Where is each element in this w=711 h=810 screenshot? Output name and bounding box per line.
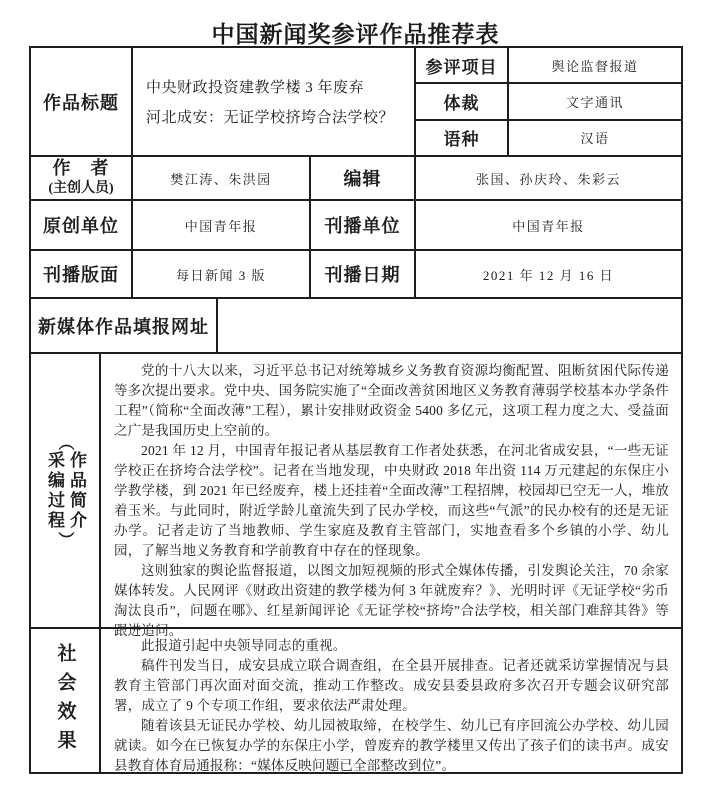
social-effect-body: 此报道引起中央领导同志的重视。 稿件刊发当日，成安县成立联合调查组，在全县开展排… (101, 629, 681, 772)
language-value: 汉语 (509, 121, 681, 155)
author-label: 作 者 (主创人员) (31, 157, 133, 199)
row-units: 原创单位 中国青年报 刊播单位 中国青年报 (31, 201, 681, 251)
genre-label: 体裁 (416, 84, 509, 118)
broadcast-date-label: 刊播日期 (311, 251, 416, 297)
language-row: 语种 汉语 (416, 121, 681, 155)
editor-label: 编辑 (311, 157, 416, 199)
work-title-label: 作品标题 (31, 48, 133, 155)
document-page: 中国新闻奖参评作品推荐表 作品标题 中央财政投资建教学楼 3 年废弃 河北成安：… (0, 0, 711, 810)
work-title-value: 中央财政投资建教学楼 3 年废弃 河北成安：无证学校挤垮合法学校？ (133, 48, 416, 155)
intro-paragraph: 2021 年 12 月，中国青年报记者从基层教育工作者处获悉，在河北省成安县，“… (114, 441, 669, 561)
broadcast-page-label: 刊播版面 (31, 251, 133, 297)
intro-paragraph: 党的十八大以来，习近平总书记对统筹城乡义务教育资源均衡配置、阻断贫困代际传递等多… (114, 361, 669, 441)
editor-value: 张国、孙庆玲、朱彩云 (416, 157, 681, 199)
entry-category-value: 舆论监督报道 (509, 48, 681, 82)
recommendation-form-table: 作品标题 中央财政投资建教学楼 3 年废弃 河北成安：无证学校挤垮合法学校？ 参… (29, 46, 683, 774)
author-value: 樊江涛、朱洪园 (133, 157, 311, 199)
row-social-effect: 社会效果 此报道引起中央领导同志的重视。 稿件刊发当日，成安县成立联合调查组，在… (31, 629, 681, 772)
entry-category-label: 参评项目 (416, 48, 509, 82)
row-work-intro: （ 采编过程 作品简介 ） 党的十八大以来，习近平总书记对统筹城乡义务教育资源均… (31, 354, 681, 629)
new-media-url-label: 新媒体作品填报网址 (31, 299, 218, 352)
broadcast-page-value: 每日新闻 3 版 (133, 251, 311, 297)
author-label-sub: (主创人员) (48, 179, 113, 199)
broadcast-unit-label: 刊播单位 (311, 201, 416, 249)
language-label: 语种 (416, 121, 509, 155)
social-effect-label-cell: 社会效果 (31, 629, 101, 772)
form-title: 中国新闻奖参评作品推荐表 (0, 0, 711, 46)
intro-paren-top: （ (58, 434, 71, 450)
social-effect-label: 社会效果 (56, 643, 75, 759)
social-paragraph: 此报道引起中央领导同志的重视。 (114, 636, 669, 656)
intro-paren-bottom: ） (58, 531, 71, 547)
category-subtable: 参评项目 舆论监督报道 体裁 文字通讯 语种 汉语 (416, 48, 681, 155)
row-work-title: 作品标题 中央财政投资建教学楼 3 年废弃 河北成安：无证学校挤垮合法学校？ 参… (31, 48, 681, 157)
intro-label-col-left: 采编过程 (44, 451, 64, 531)
row-author-editor: 作 者 (主创人员) 樊江涛、朱洪园 编辑 张国、孙庆玲、朱彩云 (31, 157, 681, 201)
broadcast-unit-value: 中国青年报 (416, 201, 681, 249)
intro-label-col-right: 作品简介 (66, 451, 86, 531)
work-intro-label: （ 采编过程 作品简介 ） (31, 354, 101, 627)
entry-category-row: 参评项目 舆论监督报道 (416, 48, 681, 84)
genre-row: 体裁 文字通讯 (416, 84, 681, 120)
work-title-line2: 河北成安：无证学校挤垮合法学校？ (146, 106, 394, 127)
row-new-media-url: 新媒体作品填报网址 (31, 299, 681, 354)
new-media-url-value (218, 299, 681, 352)
author-label-main: 作 者 (53, 158, 110, 178)
broadcast-date-value: 2021 年 12 月 16 日 (416, 251, 681, 297)
original-unit-value: 中国青年报 (133, 201, 311, 249)
work-intro-body: 党的十八大以来，习近平总书记对统筹城乡义务教育资源均衡配置、阻断贫困代际传递等多… (101, 354, 681, 627)
social-paragraph: 随着该县无证民办学校、幼儿园被取缔，在校学生、幼儿已有序回流公办学校、幼儿园就读… (114, 716, 669, 776)
work-title-line1: 中央财政投资建教学楼 3 年废弃 (146, 76, 364, 97)
original-unit-label: 原创单位 (31, 201, 133, 249)
social-paragraph: 稿件刊发当日，成安县成立联合调查组，在全县开展排查。记者还就采访掌握情况与县教育… (114, 656, 669, 716)
row-publication: 刊播版面 每日新闻 3 版 刊播日期 2021 年 12 月 16 日 (31, 251, 681, 299)
genre-value: 文字通讯 (509, 84, 681, 118)
